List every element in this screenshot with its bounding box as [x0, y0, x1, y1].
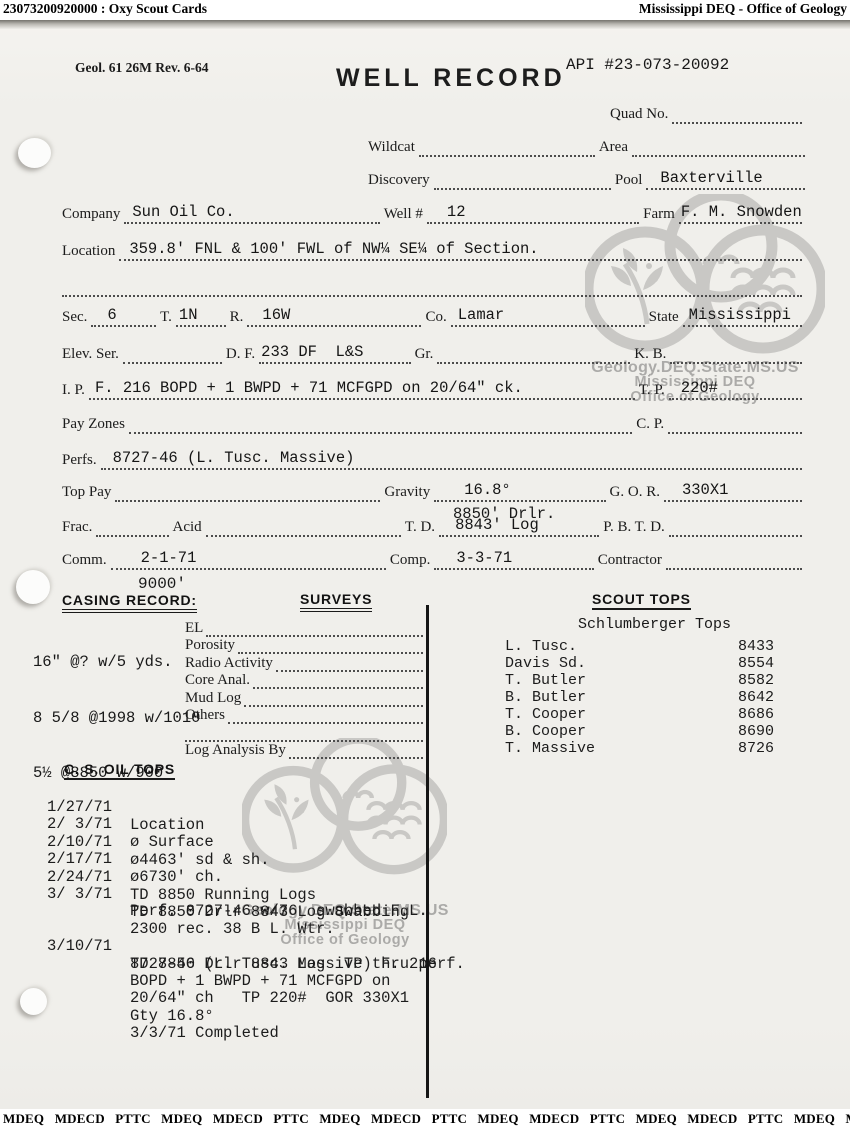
surveys-heading: SURVEYS [300, 591, 372, 612]
location-label: Location [62, 241, 119, 261]
company-label: Company [62, 204, 124, 224]
sec-leader: 6 [91, 303, 156, 327]
state-label: State [645, 307, 683, 327]
pay-zones-leader [129, 410, 632, 434]
well-number-label: Well # [380, 204, 427, 224]
scout-top-name: Davis Sd. [505, 655, 586, 672]
range-leader: 16W [247, 303, 421, 327]
scout-tops-heading: SCOUT TOPS [592, 591, 691, 610]
tp-value: 220# [681, 379, 718, 397]
comp-leader: 3-3-71 [434, 546, 593, 570]
form-revision-note: Geol. 61 26M Rev. 6-64 [75, 60, 208, 76]
area-leader [632, 133, 805, 157]
scout-top-depth: 8582 [738, 672, 774, 689]
pool-value: Baxterville [660, 169, 762, 187]
oil-top-text: ø6730' ch. [130, 868, 223, 886]
scout-top-name: T. Massive [505, 740, 595, 757]
survey-porosity-label: Porosity [185, 637, 238, 654]
state-value: Mississippi [689, 306, 791, 324]
oil-top-text: Location [130, 816, 204, 834]
comp-value: 3-3-71 [456, 549, 512, 567]
survey-core-anal-label: Core Anal. [185, 672, 253, 689]
pbtd-leader [669, 513, 802, 537]
scout-top-depth: 8690 [738, 723, 774, 740]
oil-top-text: 20/64" ch TP 220# GOR 330X1 [130, 989, 409, 1007]
kb-leader [670, 340, 802, 364]
tp-leader: 220# [669, 376, 802, 400]
pay-zones-label: Pay Zones [62, 414, 129, 434]
oil-top-text: 3/3/71 Completed [130, 1024, 279, 1042]
comm-leader: 2-1-71 [111, 546, 386, 570]
td-log-value: 8843' Log [455, 516, 539, 534]
acid-label: Acid [169, 517, 206, 537]
discovery-leader [434, 166, 611, 190]
pool-leader: Baxterville [646, 166, 805, 190]
farm-leader: F. M. Snowden [679, 200, 802, 224]
sec-value: 6 [107, 306, 116, 324]
viewer-header-left: 23073200920000 : Oxy Scout Cards [3, 1, 207, 17]
cp-label: C. P. [632, 414, 668, 434]
well-number-leader: 12 [427, 200, 639, 224]
well-record-viewer: 23073200920000 : Oxy Scout Cards Mississ… [0, 0, 850, 1129]
top-pay-leader [115, 478, 380, 502]
df-value: 233 DF L&S [261, 343, 363, 361]
range-label: R. [226, 307, 248, 327]
oil-top-text: ø Surface [130, 833, 214, 851]
top-pay-label: Top Pay [62, 482, 115, 502]
scout-top-depth: 8726 [738, 740, 774, 757]
cs-oil-tops-heading: C. S. OIL TOPS [64, 761, 175, 780]
td-label: T. D. [401, 517, 439, 537]
log-analysis-by-label: Log Analysis By [185, 742, 289, 759]
oil-top-text: ø4463' sd & sh. [130, 851, 270, 869]
viewer-footer-text: MDEQ MDECD PTTC MDEQ MDECD PTTC MDEQ MDE… [3, 1111, 850, 1127]
company-leader: Sun Oil Co. [124, 200, 379, 224]
discovery-label: Discovery [368, 170, 434, 190]
acid-leader [206, 513, 401, 537]
gr-label: Gr. [411, 344, 438, 364]
contractor-label: Contractor [594, 550, 666, 570]
scout-top-depth: 8686 [738, 706, 774, 723]
elev-ser-label: Elev. Ser. [62, 344, 123, 364]
township-value: 1N [179, 306, 198, 324]
scout-tops-subheading: Schlumberger Tops [578, 616, 731, 633]
frac-label: Frac. [62, 517, 96, 537]
blank-leader [62, 273, 802, 297]
ip-leader: F. 216 BOPD + 1 BWPD + 71 MCFGPD on 20/6… [89, 376, 635, 400]
gor-leader: 330X1 [664, 478, 802, 502]
viewer-footer: MDEQ MDECD PTTC MDEQ MDECD PTTC MDEQ MDE… [0, 1109, 850, 1129]
perfs-label: Perfs. [62, 450, 101, 470]
pbtd-label: P. B. T. D. [599, 517, 669, 537]
perfs-value: 8727-46 (L. Tusc. Massive) [113, 449, 355, 467]
scout-top-name: T. Cooper [505, 706, 586, 723]
cp-leader [668, 410, 802, 434]
location-leader: 359.8' FNL & 100' FWL of NW¼ SE¼ of Sect… [119, 237, 802, 261]
scout-top-name: T. Butler [505, 672, 586, 689]
hole-punch-bottom [20, 988, 47, 1015]
gravity-value: 16.8° [464, 481, 511, 499]
oil-top-text: 2300 rec. 38 B L. Wtr. [130, 920, 335, 938]
gor-label: G. O. R. [606, 482, 664, 502]
farm-value: F. M. Snowden [681, 203, 802, 221]
casing-depth-note: 9000' [138, 575, 186, 593]
company-value: Sun Oil Co. [132, 203, 234, 221]
sec-label: Sec. [62, 307, 91, 327]
casing-line: 8 5/8 @1998 w/1010 [33, 709, 200, 728]
gor-value: 330X1 [682, 481, 729, 499]
comm-value: 2-1-71 [141, 549, 197, 567]
scout-top-depth: 8433 [738, 638, 774, 655]
oil-top-text: BOPD + 1 BWPD + 71 MCFGPD on [130, 972, 390, 990]
ip-value: F. 216 BOPD + 1 BWPD + 71 MCFGPD on 20/6… [95, 379, 523, 397]
farm-label: Farm [639, 204, 679, 224]
scout-top-name: B. Cooper [505, 723, 586, 740]
wildcat-label: Wildcat [368, 137, 419, 157]
quad-no-leader [672, 100, 802, 124]
comm-label: Comm. [62, 550, 111, 570]
county-label: Co. [421, 307, 450, 327]
township-label: T. [156, 307, 176, 327]
well-number-value: 12 [447, 203, 466, 221]
gravity-leader: 16.8° [434, 478, 605, 502]
range-value: 16W [262, 306, 290, 324]
scout-top-name: L. Tusc. [505, 638, 577, 655]
area-label: Area [595, 137, 632, 157]
frac-leader [96, 513, 168, 537]
scout-top-name: B. Butler [505, 689, 586, 706]
state-leader: Mississippi [683, 303, 802, 327]
perfs-leader: 8727-46 (L. Tusc. Massive) [101, 446, 802, 470]
df-leader: 233 DF L&S [259, 340, 410, 364]
gravity-label: Gravity [380, 482, 434, 502]
quad-no-label: Quad No. [610, 104, 672, 124]
hole-punch-top [18, 138, 51, 168]
comp-label: Comp. [386, 550, 434, 570]
viewer-header-right: Mississippi DEQ - Office of Geology [639, 1, 847, 17]
ip-label: I. P. [62, 380, 89, 400]
df-label: D. F. [222, 344, 259, 364]
oil-top-text: Gty 16.8° [130, 1007, 214, 1025]
contractor-leader [666, 546, 802, 570]
casing-record-heading: CASING RECORD: [62, 592, 197, 613]
hole-punch-middle [16, 570, 50, 604]
cs-oil-tops-list: 1/27/71 Location 2/ 3/71 ø Surface 2/10/… [47, 780, 467, 1040]
township-leader: 1N [176, 303, 226, 327]
oil-top-text: 8727-46 (L. Tusc. Massive) F. 216 [130, 955, 437, 973]
casing-line: 16" @? w/5 yds. [33, 653, 200, 672]
elev-ser-leader [123, 340, 222, 364]
tp-label: T. P. [635, 380, 669, 400]
oil-top-text: Perf. 8727-46 w/76 swabbed F.L. [130, 902, 428, 920]
scan-top-edge [0, 20, 850, 29]
scanned-document: Geology.DEQ.State.MS.US Mississippi DEQ … [0, 20, 850, 1109]
county-leader: Lamar [451, 303, 645, 327]
wildcat-leader [419, 133, 595, 157]
api-number: API #23-073-20092 [566, 56, 729, 74]
scout-top-depth: 8554 [738, 655, 774, 672]
county-value: Lamar [458, 306, 505, 324]
page-title: WELL RECORD [336, 64, 566, 93]
viewer-header: 23073200920000 : Oxy Scout Cards Mississ… [0, 0, 850, 20]
location-value: 359.8' FNL & 100' FWL of NW¼ SE¼ of Sect… [129, 240, 538, 258]
pool-label: Pool [611, 170, 647, 190]
scout-top-depth: 8642 [738, 689, 774, 706]
log-analysis-by-leader [289, 738, 423, 759]
kb-label: K. B. [630, 344, 670, 364]
td-leader: 8843' Log [439, 513, 599, 537]
gr-leader [437, 340, 630, 364]
